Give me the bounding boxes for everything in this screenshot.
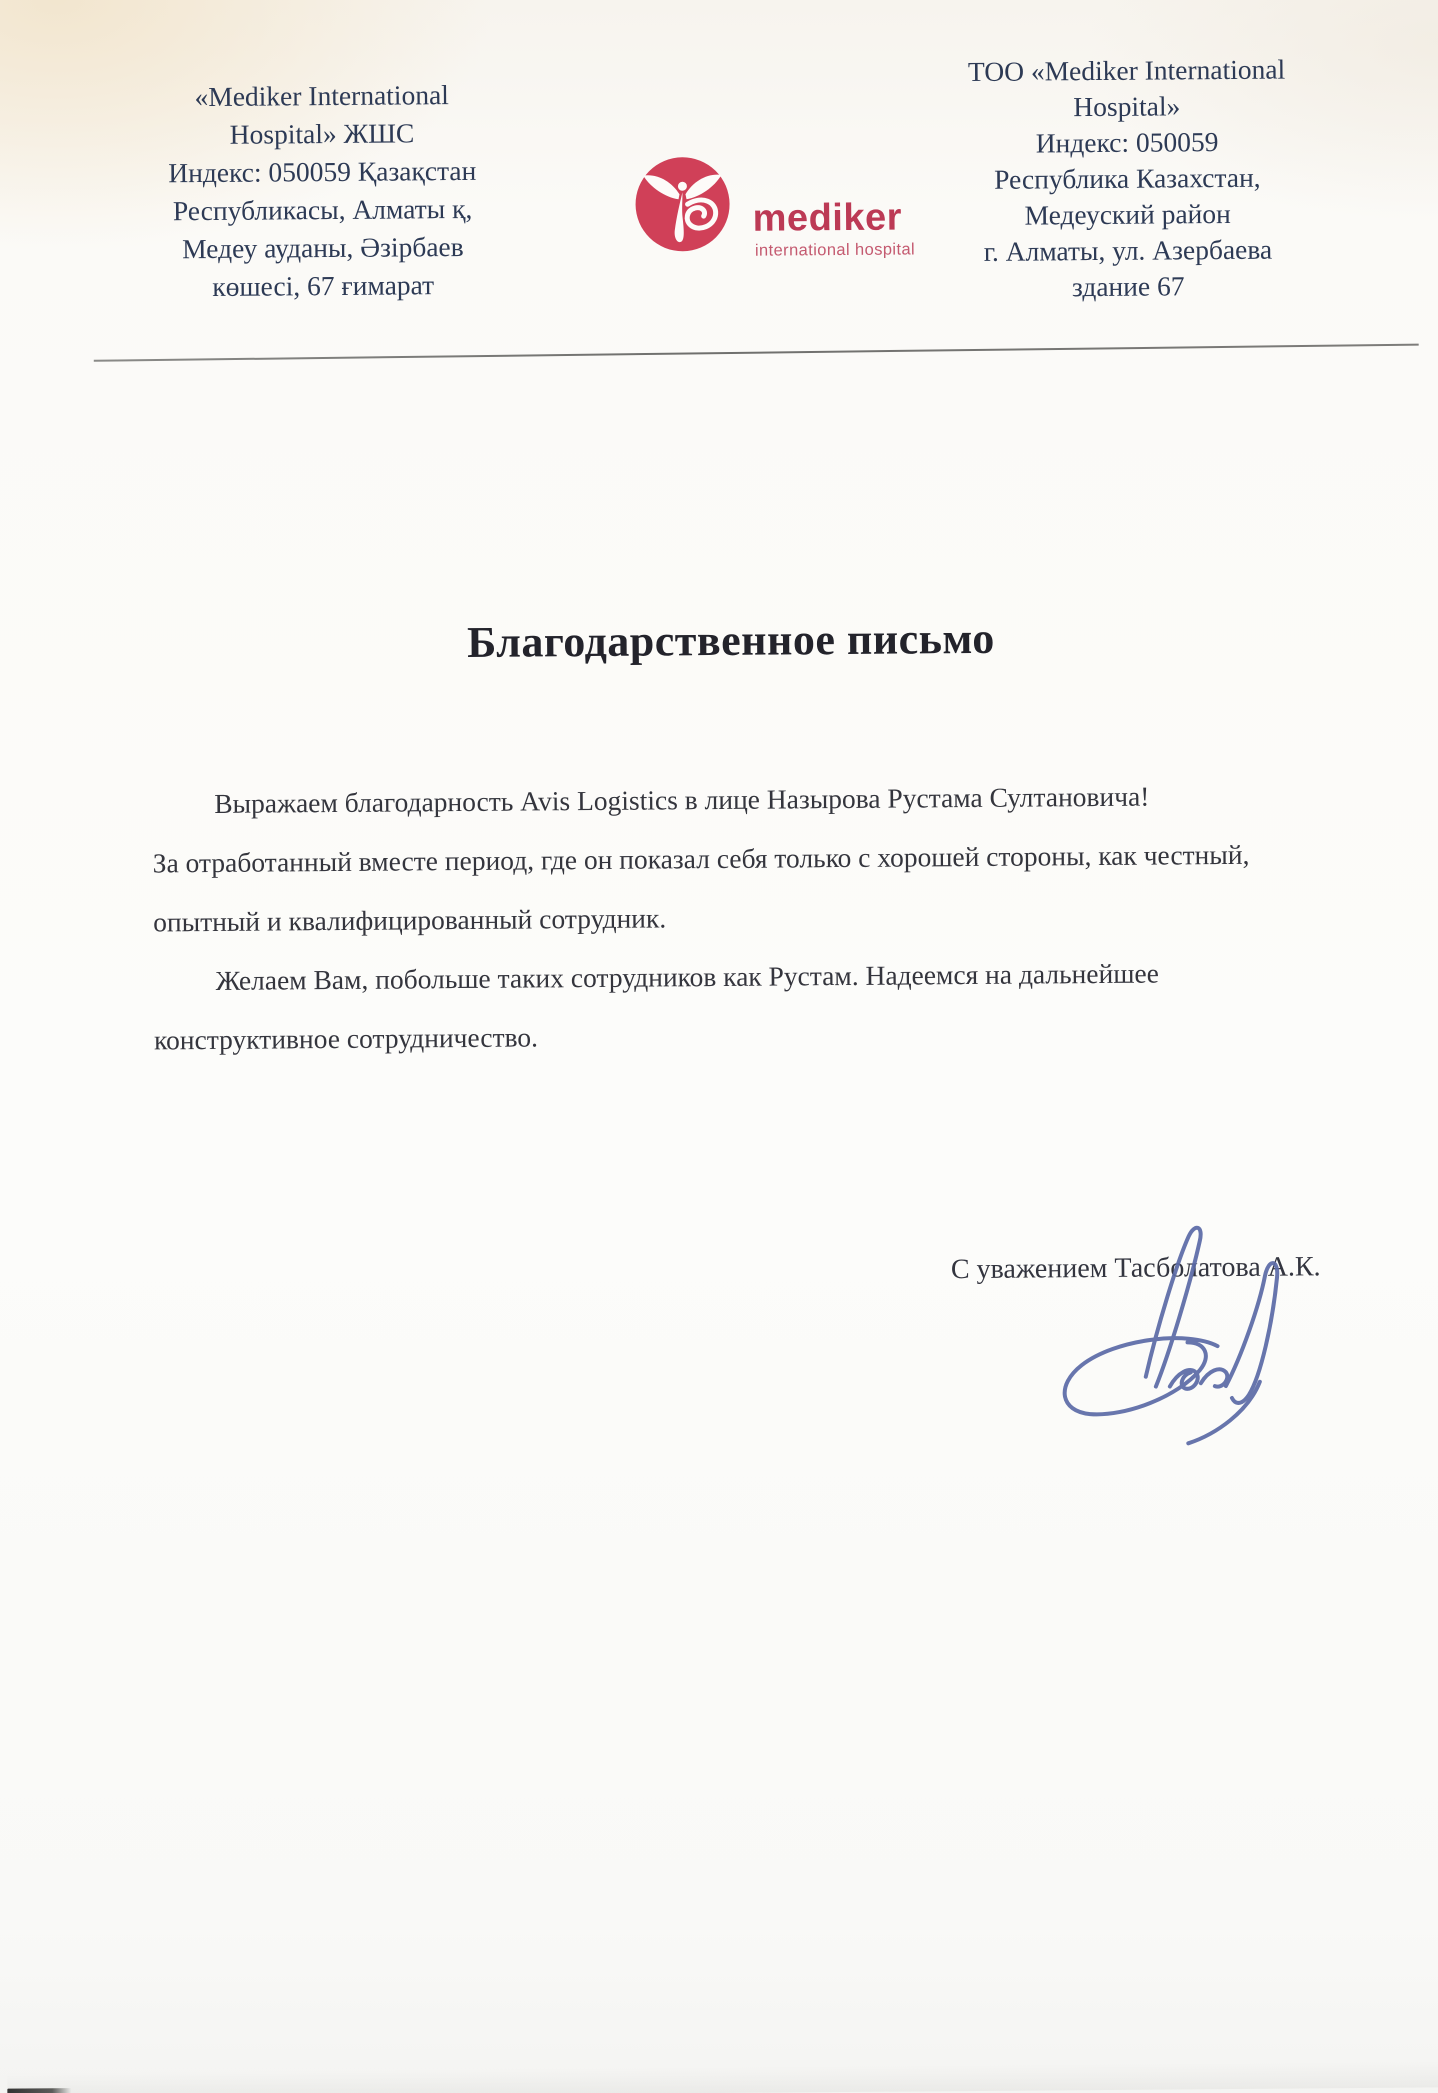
letter-body: Выражаем благодарность Avis Logistics в …	[152, 765, 1304, 1069]
body-line: Выражаем благодарность Avis Logistics в …	[152, 765, 1302, 833]
letter-title: Благодарственное письмо	[0, 609, 1438, 672]
letterhead-right-line: Медеуский район	[928, 195, 1328, 234]
letterhead-right-line: Hospital»	[927, 87, 1327, 126]
scan-edge-shadow	[7, 2061, 1438, 2093]
letterhead-left-line: Hospital» ЖШС	[112, 113, 532, 154]
handwritten-signature	[1019, 1213, 1323, 1459]
mediker-logo: mediker international hospital	[632, 148, 933, 265]
body-line: опытный и квалифицированный сотрудник.	[153, 883, 1303, 951]
body-line: конструктивное сотрудничество.	[154, 1001, 1304, 1069]
letterhead-left-line: «Mediker International	[112, 75, 532, 116]
page-content: «Mediker International Hospital» ЖШС Инд…	[0, 0, 1438, 2093]
letterhead-right-line: Индекс: 050059	[927, 123, 1327, 162]
letterhead-right-line: ТОО «Mediker International	[926, 51, 1326, 90]
scanned-letter-page: «Mediker International Hospital» ЖШС Инд…	[0, 0, 1438, 2093]
letterhead-left-address: «Mediker International Hospital» ЖШС Инд…	[112, 75, 534, 306]
letterhead-right-line: здание 67	[928, 267, 1328, 306]
mediker-brand-wordmark: mediker	[753, 197, 903, 241]
letterhead-right-line: г. Алматы, ул. Азербаева	[928, 231, 1328, 270]
mediker-brand-tagline: international hospital	[755, 240, 915, 260]
letterhead-divider	[94, 344, 1419, 362]
letterhead-left-line: көшесі, 67 ғимарат	[113, 265, 533, 306]
letterhead-left-line: Медеу ауданы, Әзірбаев	[113, 227, 533, 268]
letterhead-right-line: Республика Казахстан,	[927, 159, 1327, 198]
mediker-logo-icon	[632, 154, 733, 255]
body-line: За отработанный вместе период, где он по…	[152, 824, 1302, 892]
letterhead-right-address: ТОО «Mediker International Hospital» Инд…	[926, 51, 1328, 306]
body-line: Желаем Вам, побольше таких сотрудников к…	[153, 942, 1303, 1010]
letterhead-left-line: Республикасы, Алматы қ,	[112, 189, 532, 230]
letterhead-left-line: Индекс: 050059 Қазақстан	[112, 151, 532, 192]
